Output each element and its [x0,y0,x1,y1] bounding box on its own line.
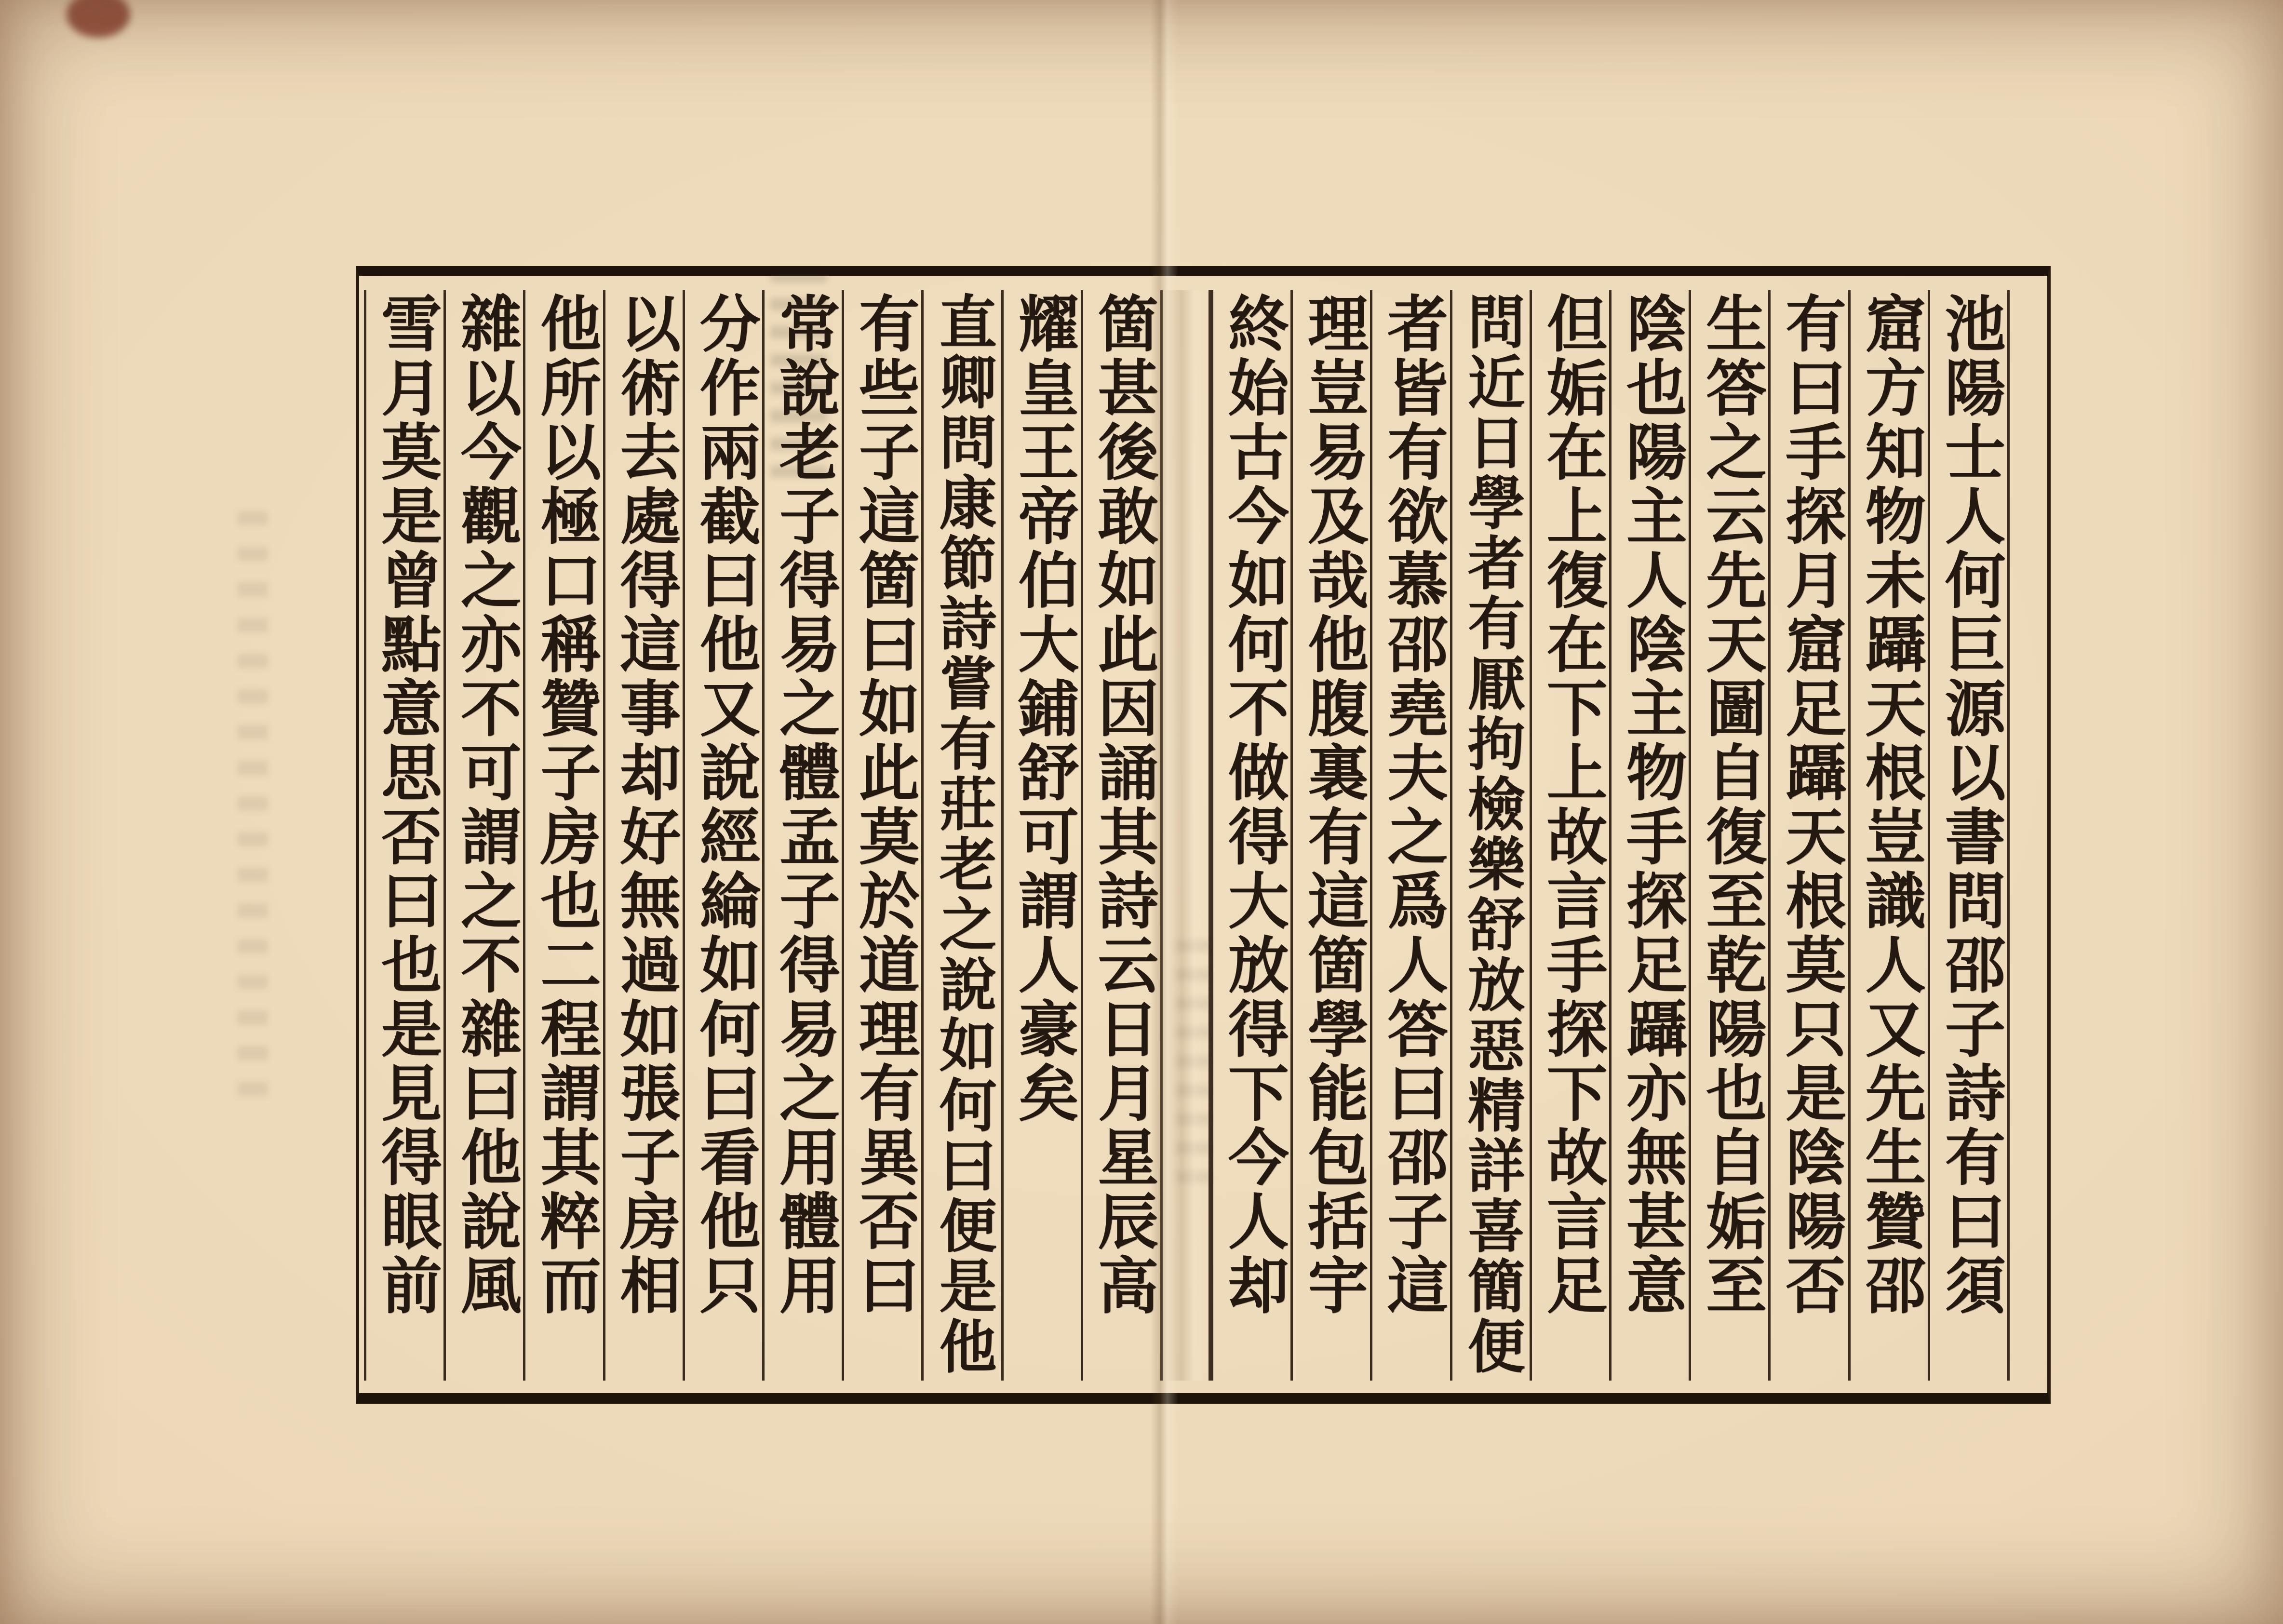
text-column: 常說老子得易之體孟子得易之用體用自 [762,290,842,1381]
corner-ink-smudge [67,0,130,38]
bleed-through-text [237,511,268,1099]
text-column: 有曰手探月窟足躡天根莫只是陰陽否先 [1768,290,1848,1381]
text-column: 池陽士人何巨源以書問邵子詩有曰須探月 [1928,290,2007,1381]
text-column: 有些子這箇曰如此莫於道理有異否曰他 [842,290,921,1381]
text-column: 但姤在上復在下上故言手探下故言足躡 [1530,290,1609,1381]
printed-text-frame: 池陽士人何巨源以書問邵子詩有曰須探月 窟方知物未躡天根豈識人又先生贊邵子 有曰手… [356,266,2051,1404]
paper-fold-crease [1150,0,1178,1624]
text-column: 雜以今觀之亦不可謂之不雜曰他說風花 [443,290,523,1381]
text-column: 問近日學者有厭拘檢樂舒放惡精詳喜簡便 [1450,290,1530,1381]
text-column: 窟方知物未躡天根豈識人又先生贊邵子 [1848,290,1928,1381]
text-column: 終始古今如何不做得大放得下今人却恃 [1211,290,1290,1381]
text-column: 他所以極口稱贊子房也二程謂其粹而不 [523,290,603,1381]
text-column: 者皆有欲慕邵堯夫之爲人答曰邵子這道 [1370,290,1450,1381]
right-margin-gutter [2007,290,2044,1381]
text-column: 理豈易及哉他腹裏有這箇學能包括宇宙 [1290,290,1370,1381]
text-column: 雪月莫是曾點意思否曰也是見得眼前這 [364,290,443,1381]
text-column: 以術去處得這事却好無過如張子房相似 [603,290,683,1381]
text-column: 生答之云先天圖自復至乾陽也自姤至坤 [1689,290,1768,1381]
text-column: 陰也陽主人陰主物手探足躡亦無甚意義 [1609,290,1689,1381]
text-column: 直卿問康節詩嘗有莊老之說如何曰便是他 [921,290,1001,1381]
scanned-book-page: 池陽士人何巨源以書問邵子詩有曰須探月 窟方知物未躡天根豈識人又先生贊邵子 有曰手… [0,0,2283,1624]
text-column: 耀皇王帝伯大鋪舒可謂人豪矣 [1001,290,1081,1381]
text-column: 分作兩截曰他又說經綸如何曰看他只是 [683,290,762,1381]
text-column: 箇甚後敢如此因誦其詩云日月星辰高照 [1081,290,1160,1381]
